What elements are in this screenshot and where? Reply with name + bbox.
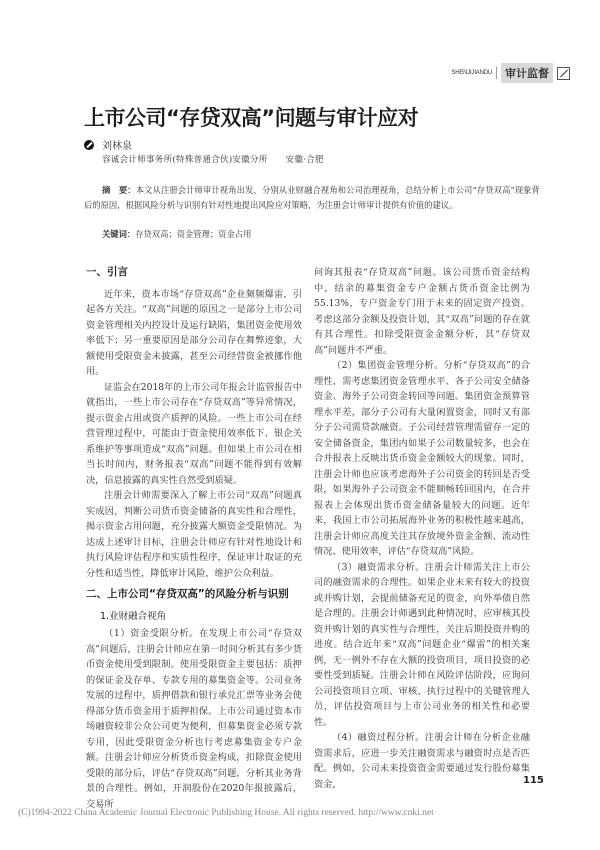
- author-name: 刘林泉: [102, 137, 132, 152]
- keywords: 关键词：存贷双高；资金管理；资金占用: [102, 228, 251, 240]
- paragraph: 问询其报表“存贷双高”问题。该公司货币资金结构中，结余的募集资金专户金额占货币资…: [314, 265, 530, 358]
- keywords-text: 存贷双高；资金管理；资金占用: [135, 229, 251, 239]
- right-column: 问询其报表“存贷双高”问题。该公司货币资金结构中，结余的募集资金专户金额占货币资…: [314, 265, 530, 792]
- paragraph: （4）融资过程分析。注册会计师在分析企业融资需求后，应进一步关注融资需求与融资时…: [314, 730, 530, 792]
- article-title: 上市公司“存贷双高”问题与审计应对: [84, 102, 418, 132]
- page-number: 115: [523, 775, 544, 786]
- abstract-text: 本文从注册会计师审计视角出发，分别从业财融合视角和公司治理视角，总结分析上市公司…: [84, 185, 540, 210]
- heading-introduction: 一、引言: [86, 265, 302, 281]
- pen-icon: [84, 140, 94, 150]
- keywords-label: 关键词：: [102, 229, 135, 239]
- section-name-en: SHENJIJIANDU: [451, 70, 492, 76]
- affiliation-org: 容诚会计师事务所(特殊普通合伙)安徽分所: [102, 155, 268, 165]
- journal-section-header: SHENJIJIANDU 审计监督: [451, 63, 570, 83]
- paragraph: （3）融资需求分析。注册会计师需关注上市公司的融资需求的合理性。如果企业未来有较…: [314, 560, 530, 731]
- affiliation-location: 安徽·合肥: [286, 155, 324, 165]
- paragraph: 证监会在2018年的上市公司年报会计监管报告中就指出，一些上市公司存在“存贷双高…: [86, 380, 302, 489]
- abstract-label: 摘 要：: [102, 185, 136, 195]
- paragraph: （2）集团资金管理分析。分析“存贷双高”的合理性，需考虑集团资金管理水平、各子公…: [314, 358, 530, 560]
- paragraph: （1）资金受限分析。在发现上市公司“存贷双高”问题后，注册会计师应在第一时间分析…: [86, 626, 302, 812]
- copyright-notice: (C)1994-2022 China Academic Journal Elec…: [18, 808, 434, 818]
- subheading-business-finance: 1.业财融合视角: [100, 609, 302, 625]
- section-name-cn: 审计监督: [501, 63, 553, 83]
- abstract: 摘 要：本文从注册会计师审计视角出发，分别从业财融合视角和公司治理视角，总结分析…: [84, 183, 540, 213]
- left-column: 一、引言 近年来，资本市场“存贷双高”企业频频爆雷，引起各方关注。“双高”问题的…: [86, 265, 302, 812]
- author-row: 刘林泉: [84, 137, 132, 152]
- paragraph: 注册会计师需要深入了解上市公司“双高”问题真实成因，判断公司货币资金储备的真实性…: [86, 488, 302, 581]
- pen-square-icon: [557, 67, 570, 80]
- header-divider: [496, 67, 497, 79]
- paragraph: 近年来，资本市场“存贷双高”企业频频爆雷，引起各方关注。“双高”问题的原因之一是…: [86, 287, 302, 380]
- heading-risk-analysis: 二、上市公司“存贷双高”的风险分析与识别: [86, 587, 302, 603]
- author-affiliation: 容诚会计师事务所(特殊普通合伙)安徽分所安徽·合肥: [102, 153, 342, 165]
